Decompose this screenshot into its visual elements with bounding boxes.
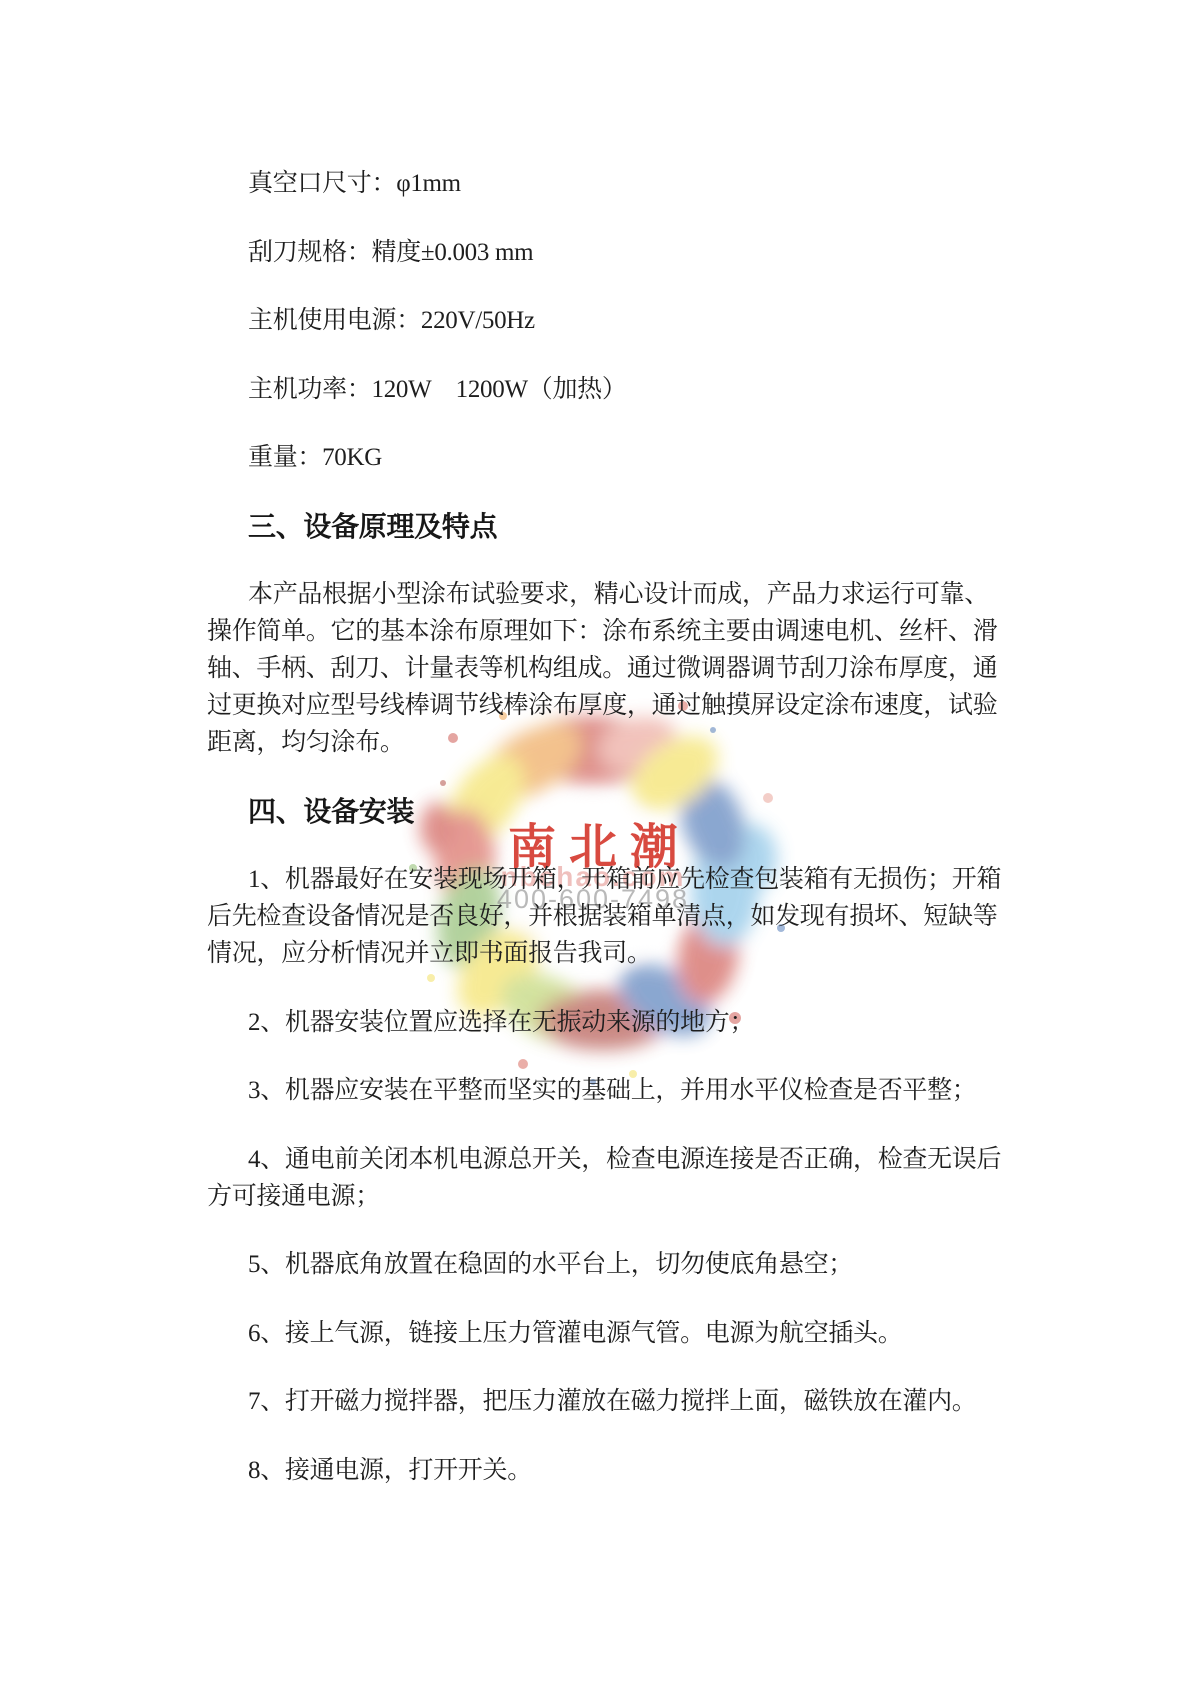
section-install-heading: 四、设备安装 <box>207 793 1007 830</box>
section-principle-heading: 三、设备原理及特点 <box>207 508 1007 545</box>
text-line: 2、机器安装位置应选择在无振动来源的地方； <box>207 1004 1007 1041</box>
text-line: 5、机器底角放置在稳固的水平台上，切勿使底角悬空； <box>207 1246 1007 1283</box>
text-line: 情况，应分析情况并立即书面报告我司。 <box>207 935 1007 972</box>
document-content: 真空口尺寸：φ1mm 刮刀规格：精度±0.003 mm 主机使用电源：220V/… <box>207 165 1007 1520</box>
text-line: 距离，均匀涂布。 <box>207 724 1007 761</box>
install-item-3: 3、机器应安装在平整而坚实的基础上，并用水平仪检查是否平整； <box>207 1072 1007 1109</box>
principle-paragraph: 本产品根据小型涂布试验要求，精心设计而成，产品力求运行可靠、操作简单。它的基本涂… <box>207 576 1007 761</box>
text-line: 本产品根据小型涂布试验要求，精心设计而成，产品力求运行可靠、 <box>207 576 1007 613</box>
install-item-4: 4、通电前关闭本机电源总开关，检查电源连接是否正确，检查无误后方可接通电源； <box>207 1141 1007 1215</box>
install-item-6: 6、接上气源，链接上压力管灌电源气管。电源为航空插头。 <box>207 1315 1007 1352</box>
install-item-2: 2、机器安装位置应选择在无振动来源的地方； <box>207 1004 1007 1041</box>
text-line: 方可接通电源； <box>207 1178 1007 1215</box>
spec-blade-spec: 刮刀规格：精度±0.003 mm <box>207 234 1007 271</box>
install-item-7: 7、打开磁力搅拌器，把压力灌放在磁力搅拌上面，磁铁放在灌内。 <box>207 1383 1007 1420</box>
text-line: 7、打开磁力搅拌器，把压力灌放在磁力搅拌上面，磁铁放在灌内。 <box>207 1383 1007 1420</box>
install-item-5: 5、机器底角放置在稳固的水平台上，切勿使底角悬空； <box>207 1246 1007 1283</box>
spec-weight: 重量：70KG <box>207 439 1007 476</box>
text-line: 4、通电前关闭本机电源总开关，检查电源连接是否正确，检查无误后 <box>207 1141 1007 1178</box>
text-line: 轴、手柄、刮刀、计量表等机构组成。通过微调器调节刮刀涂布厚度，通 <box>207 650 1007 687</box>
spec-power-supply: 主机使用电源：220V/50Hz <box>207 302 1007 339</box>
spec-vacuum-port-size: 真空口尺寸：φ1mm <box>207 165 1007 202</box>
install-item-1: 1、机器最好在安装现场开箱，开箱前应先检查包装箱有无损伤；开箱后先检查设备情况是… <box>207 861 1007 972</box>
text-line: 1、机器最好在安装现场开箱，开箱前应先检查包装箱有无损伤；开箱 <box>207 861 1007 898</box>
text-line: 操作简单。它的基本涂布原理如下：涂布系统主要由调速电机、丝杆、滑 <box>207 613 1007 650</box>
text-line: 6、接上气源，链接上压力管灌电源气管。电源为航空插头。 <box>207 1315 1007 1352</box>
text-line: 8、接通电源，打开开关。 <box>207 1452 1007 1489</box>
text-line: 后先检查设备情况是否良好，并根据装箱单清点，如发现有损坏、短缺等 <box>207 898 1007 935</box>
text-line: 3、机器应安装在平整而坚实的基础上，并用水平仪检查是否平整； <box>207 1072 1007 1109</box>
install-item-8: 8、接通电源，打开开关。 <box>207 1452 1007 1489</box>
page: 南北潮 nbchao.com 400-600-7498 真空口尺寸：φ1mm 刮… <box>0 0 1200 1694</box>
text-line: 过更换对应型号线棒调节线棒涂布厚度，通过触摸屏设定涂布速度，试验 <box>207 687 1007 724</box>
spec-power-rating: 主机功率：120W 1200W（加热） <box>207 371 1007 408</box>
